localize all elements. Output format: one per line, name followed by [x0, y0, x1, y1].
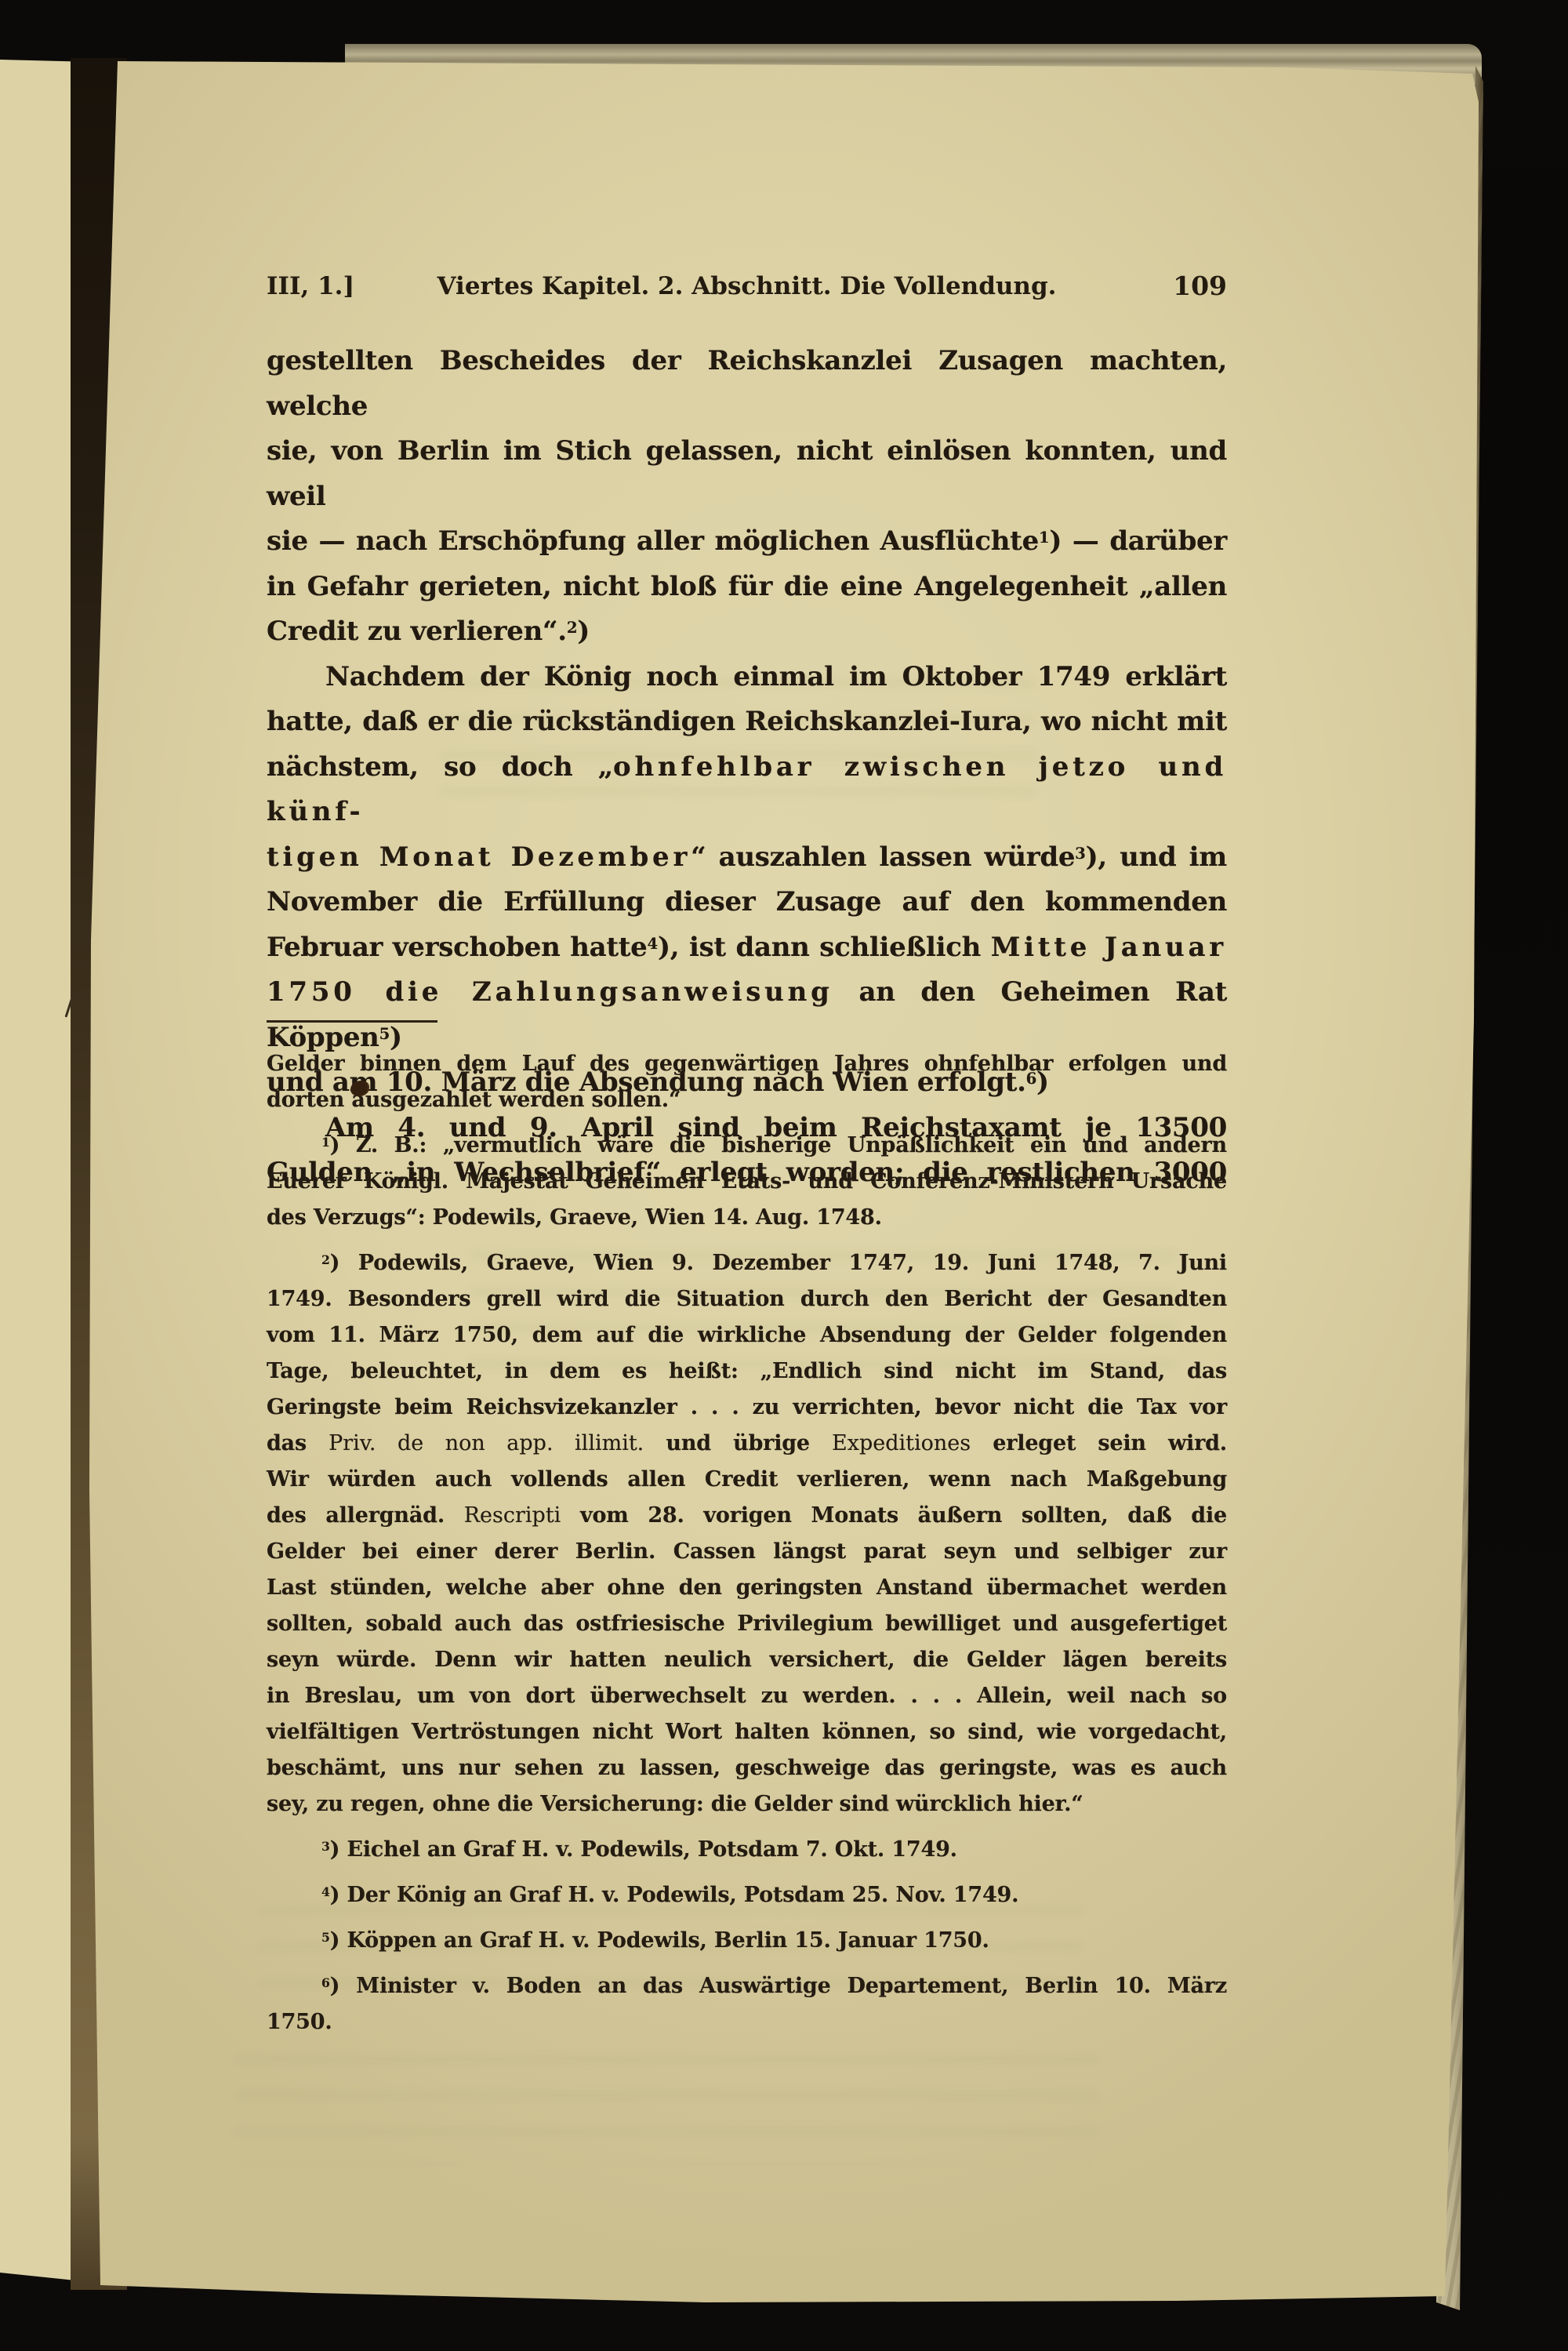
footnotes: Gelder binnen dem Lauf des gegenwärtigen… — [267, 1046, 1227, 2040]
text-line: Februar verschoben hatte4), ist dann sch… — [267, 925, 1227, 971]
footnote-ref: 1 — [321, 1135, 330, 1150]
header-page-number: 109 — [1173, 271, 1227, 301]
text-line: Gelder binnen dem Lauf des gegenwärtigen… — [267, 1046, 1227, 1082]
text-segment: vom 11. März 1750, dem auf die wirkliche… — [267, 1323, 1227, 1347]
show-through-smudge — [235, 2055, 1098, 2164]
text-line: des Verzugs“: Podewils, Graeve, Wien 14.… — [267, 1200, 1227, 1236]
text-segment: 1750. — [267, 2010, 332, 2034]
text-line: 1) Z. B.: „vermutlich wäre die bisherige… — [267, 1128, 1227, 1164]
text-segment: ) Minister v. Boden an das Auswärtige De… — [330, 1974, 1227, 1998]
text-segment: sie, von Berlin im Stich gelassen, nicht… — [267, 435, 1227, 512]
text-line: 2) Podewils, Graeve, Wien 9. Dezember 17… — [267, 1245, 1227, 1281]
text-segment: des Verzugs“: Podewils, Graeve, Wien 14.… — [267, 1205, 882, 1230]
text-line: 4) Der König an Graf H. v. Podewils, Pot… — [267, 1877, 1227, 1913]
text-segment: Gelder binnen dem Lauf des gegenwärtigen… — [267, 1052, 1227, 1076]
text-segment: Last stünden, welche aber ohne den gerin… — [267, 1575, 1227, 1600]
paragraph: Nachdem der König noch einmal im Oktober… — [267, 655, 1227, 1106]
footnote: 2) Podewils, Graeve, Wien 9. Dezember 17… — [267, 1245, 1227, 1822]
text-segment: beschämt, uns nur sehen zu lassen, gesch… — [267, 1756, 1227, 1780]
scan-background: III, 1.] Viertes Kapitel. 2. Abschnitt. … — [0, 0, 1568, 2351]
text-segment: ) Der König an Graf H. v. Podewils, Pots… — [330, 1883, 1019, 1907]
text-segment: Priv. de non app. illimit. — [328, 1431, 644, 1455]
text-line: Gelder bei einer derer Berlin. Cassen lä… — [267, 1534, 1227, 1570]
text-segment: dorten ausgezahlet werden sollen.“ — [267, 1088, 681, 1112]
text-segment: vom 28. vorigen Monats äußern sollten, d… — [561, 1503, 1227, 1528]
footnote-ref: 1 — [1039, 528, 1049, 547]
text-line: vom 11. März 1750, dem auf die wirkliche… — [267, 1317, 1227, 1354]
text-segment: vielfältigen Vertröstungen nicht Wort ha… — [267, 1720, 1227, 1744]
text-line: 1750. — [267, 2004, 1227, 2040]
text-line: vielfältigen Vertröstungen nicht Wort ha… — [267, 1714, 1227, 1750]
text-segment: tigen Monat Dezember — [267, 841, 691, 873]
text-line: sollten, sobald auch das ostfriesische P… — [267, 1606, 1227, 1642]
text-segment: November die Erfüllung dieser Zusage auf… — [267, 886, 1227, 918]
text-line: 5) Köppen an Graf H. v. Podewils, Berlin… — [267, 1923, 1227, 1959]
text-line: Geringste beim Reichsvizekanzler . . . z… — [267, 1390, 1227, 1426]
text-line: November die Erfüllung dieser Zusage auf… — [267, 880, 1227, 925]
text-segment: ) Z. B.: „vermutlich wäre die bisherige … — [330, 1133, 1227, 1157]
text-segment: Wir würden auch vollends allen Credit ve… — [267, 1467, 1227, 1492]
text-segment: Expeditiones — [832, 1431, 971, 1455]
text-segment: Rescripti — [464, 1503, 561, 1528]
text-line: 1749. Besonders grell wird die Situation… — [267, 1281, 1227, 1317]
footnote: 3) Eichel an Graf H. v. Podewils, Potsda… — [267, 1832, 1227, 1868]
text-segment: ) Eichel an Graf H. v. Podewils, Potsdam… — [330, 1837, 957, 1862]
text-line: 6) Minister v. Boden an das Auswärtige D… — [267, 1968, 1227, 2004]
text-segment: sie — nach Erschöpfung aller möglichen A… — [267, 525, 1039, 557]
text-segment: nächstem, so doch „ — [267, 751, 613, 783]
text-segment: gestellten Bescheides der Reichskanzlei … — [267, 345, 1227, 422]
footnote: 4) Der König an Graf H. v. Podewils, Pot… — [267, 1877, 1227, 1913]
text-segment: ) Podewils, Graeve, Wien 9. Dezember 174… — [330, 1251, 1227, 1275]
text-segment: seyn würde. Denn wir hatten neulich vers… — [267, 1648, 1227, 1672]
text-segment: Tage, beleuchtet, in dem es heißt: „Endl… — [267, 1359, 1227, 1383]
text-segment: ) — [577, 616, 590, 647]
text-segment: ), ist dann schließlich — [658, 932, 991, 963]
text-segment: erleget sein wird. — [971, 1431, 1227, 1455]
text-line: sie, von Berlin im Stich gelassen, nicht… — [267, 429, 1227, 519]
text-segment: sollten, sobald auch das ostfriesische P… — [267, 1612, 1227, 1636]
footnote-ref: 4 — [321, 1884, 330, 1899]
text-segment: hatte, daß er die rückständigen Reichska… — [267, 706, 1227, 737]
text-segment: 1749. Besonders grell wird die Situation… — [267, 1287, 1227, 1311]
text-line: nächstem, so doch „ohnfehlbar zwischen j… — [267, 745, 1227, 835]
book-page: III, 1.] Viertes Kapitel. 2. Abschnitt. … — [0, 0, 1568, 2351]
text-line: Wir würden auch vollends allen Credit ve… — [267, 1462, 1227, 1498]
header-chapter-title: Viertes Kapitel. 2. Abschnitt. Die Volle… — [267, 272, 1227, 300]
text-segment: Euerer Königl. Majestät Geheimen Etats- … — [267, 1169, 1227, 1194]
text-line: des allergnäd. Rescripti vom 28. vorigen… — [267, 1498, 1227, 1534]
text-line: gestellten Bescheides der Reichskanzlei … — [267, 339, 1227, 429]
footnote: 1) Z. B.: „vermutlich wäre die bisherige… — [267, 1128, 1227, 1236]
text-segment: Nachdem der König noch einmal im Oktober… — [325, 661, 1227, 692]
text-segment: ) Köppen an Graf H. v. Podewils, Berlin … — [330, 1928, 989, 1953]
footnote-ref: 4 — [648, 934, 658, 953]
footnote-ref: 3 — [321, 1839, 330, 1854]
text-line: hatte, daß er die rückständigen Reichska… — [267, 699, 1227, 745]
text-segment: Februar verschoben hatte — [267, 932, 648, 963]
footnote-separator-rule — [267, 1020, 437, 1023]
text-line: Credit zu verlieren“.2) — [267, 609, 1227, 655]
text-line: Euerer Königl. Majestät Geheimen Etats- … — [267, 1164, 1227, 1200]
text-line: Last stünden, welche aber ohne den gerin… — [267, 1570, 1227, 1606]
text-segment: 1750 die Zahlungsanweisung — [267, 976, 833, 1008]
text-segment: das — [267, 1431, 328, 1455]
text-line: 3) Eichel an Graf H. v. Podewils, Potsda… — [267, 1832, 1227, 1868]
paragraph: gestellten Bescheides der Reichskanzlei … — [267, 339, 1227, 655]
footnote: 6) Minister v. Boden an das Auswärtige D… — [267, 1968, 1227, 2040]
footnote-ref: 2 — [567, 618, 577, 637]
text-line: sey, zu regen, ohne die Versicherung: di… — [267, 1786, 1227, 1822]
text-segment: “ auszahlen lassen würde — [691, 841, 1075, 873]
text-line: in Gefahr gerieten, nicht bloß für die e… — [267, 565, 1227, 610]
footnote-ref: 5 — [379, 1024, 390, 1043]
text-segment: Geringste beim Reichsvizekanzler . . . z… — [267, 1395, 1227, 1419]
footnote-ref: 2 — [321, 1252, 330, 1267]
text-segment: Mitte Januar — [991, 932, 1227, 963]
text-line: seyn würde. Denn wir hatten neulich vers… — [267, 1642, 1227, 1678]
footnote-ref: 5 — [321, 1930, 330, 1945]
text-line: sie — nach Erschöpfung aller möglichen A… — [267, 519, 1227, 565]
text-segment: ), und im — [1086, 841, 1227, 873]
text-segment: ) — darüber — [1049, 525, 1227, 557]
footnote: 5) Köppen an Graf H. v. Podewils, Berlin… — [267, 1923, 1227, 1959]
text-segment: Credit zu verlieren“. — [267, 616, 567, 647]
text-segment: in Breslau, um von dort überwechselt zu … — [267, 1684, 1227, 1708]
text-segment: sey, zu regen, ohne die Versicherung: di… — [267, 1792, 1083, 1816]
footnote: Gelder binnen dem Lauf des gegenwärtigen… — [267, 1046, 1227, 1118]
page-header: III, 1.] Viertes Kapitel. 2. Abschnitt. … — [267, 272, 1227, 307]
text-line: Tage, beleuchtet, in dem es heißt: „Endl… — [267, 1354, 1227, 1390]
text-segment: und übrige — [644, 1431, 832, 1455]
text-segment: in Gefahr gerieten, nicht bloß für die e… — [267, 571, 1227, 602]
text-line: tigen Monat Dezember“ auszahlen lassen w… — [267, 835, 1227, 881]
text-segment: des allergnäd. — [267, 1503, 464, 1528]
text-line: in Breslau, um von dort überwechselt zu … — [267, 1678, 1227, 1714]
text-line: dorten ausgezahlet werden sollen.“ — [267, 1082, 1227, 1118]
text-line: das Priv. de non app. illimit. und übrig… — [267, 1426, 1227, 1462]
footnote-ref: 3 — [1075, 844, 1085, 863]
text-segment: Gelder bei einer derer Berlin. Cassen lä… — [267, 1539, 1227, 1564]
footnote-ref: 6 — [321, 1975, 330, 1990]
text-line: beschämt, uns nur sehen zu lassen, gesch… — [267, 1750, 1227, 1786]
text-line: Nachdem der König noch einmal im Oktober… — [267, 655, 1227, 700]
